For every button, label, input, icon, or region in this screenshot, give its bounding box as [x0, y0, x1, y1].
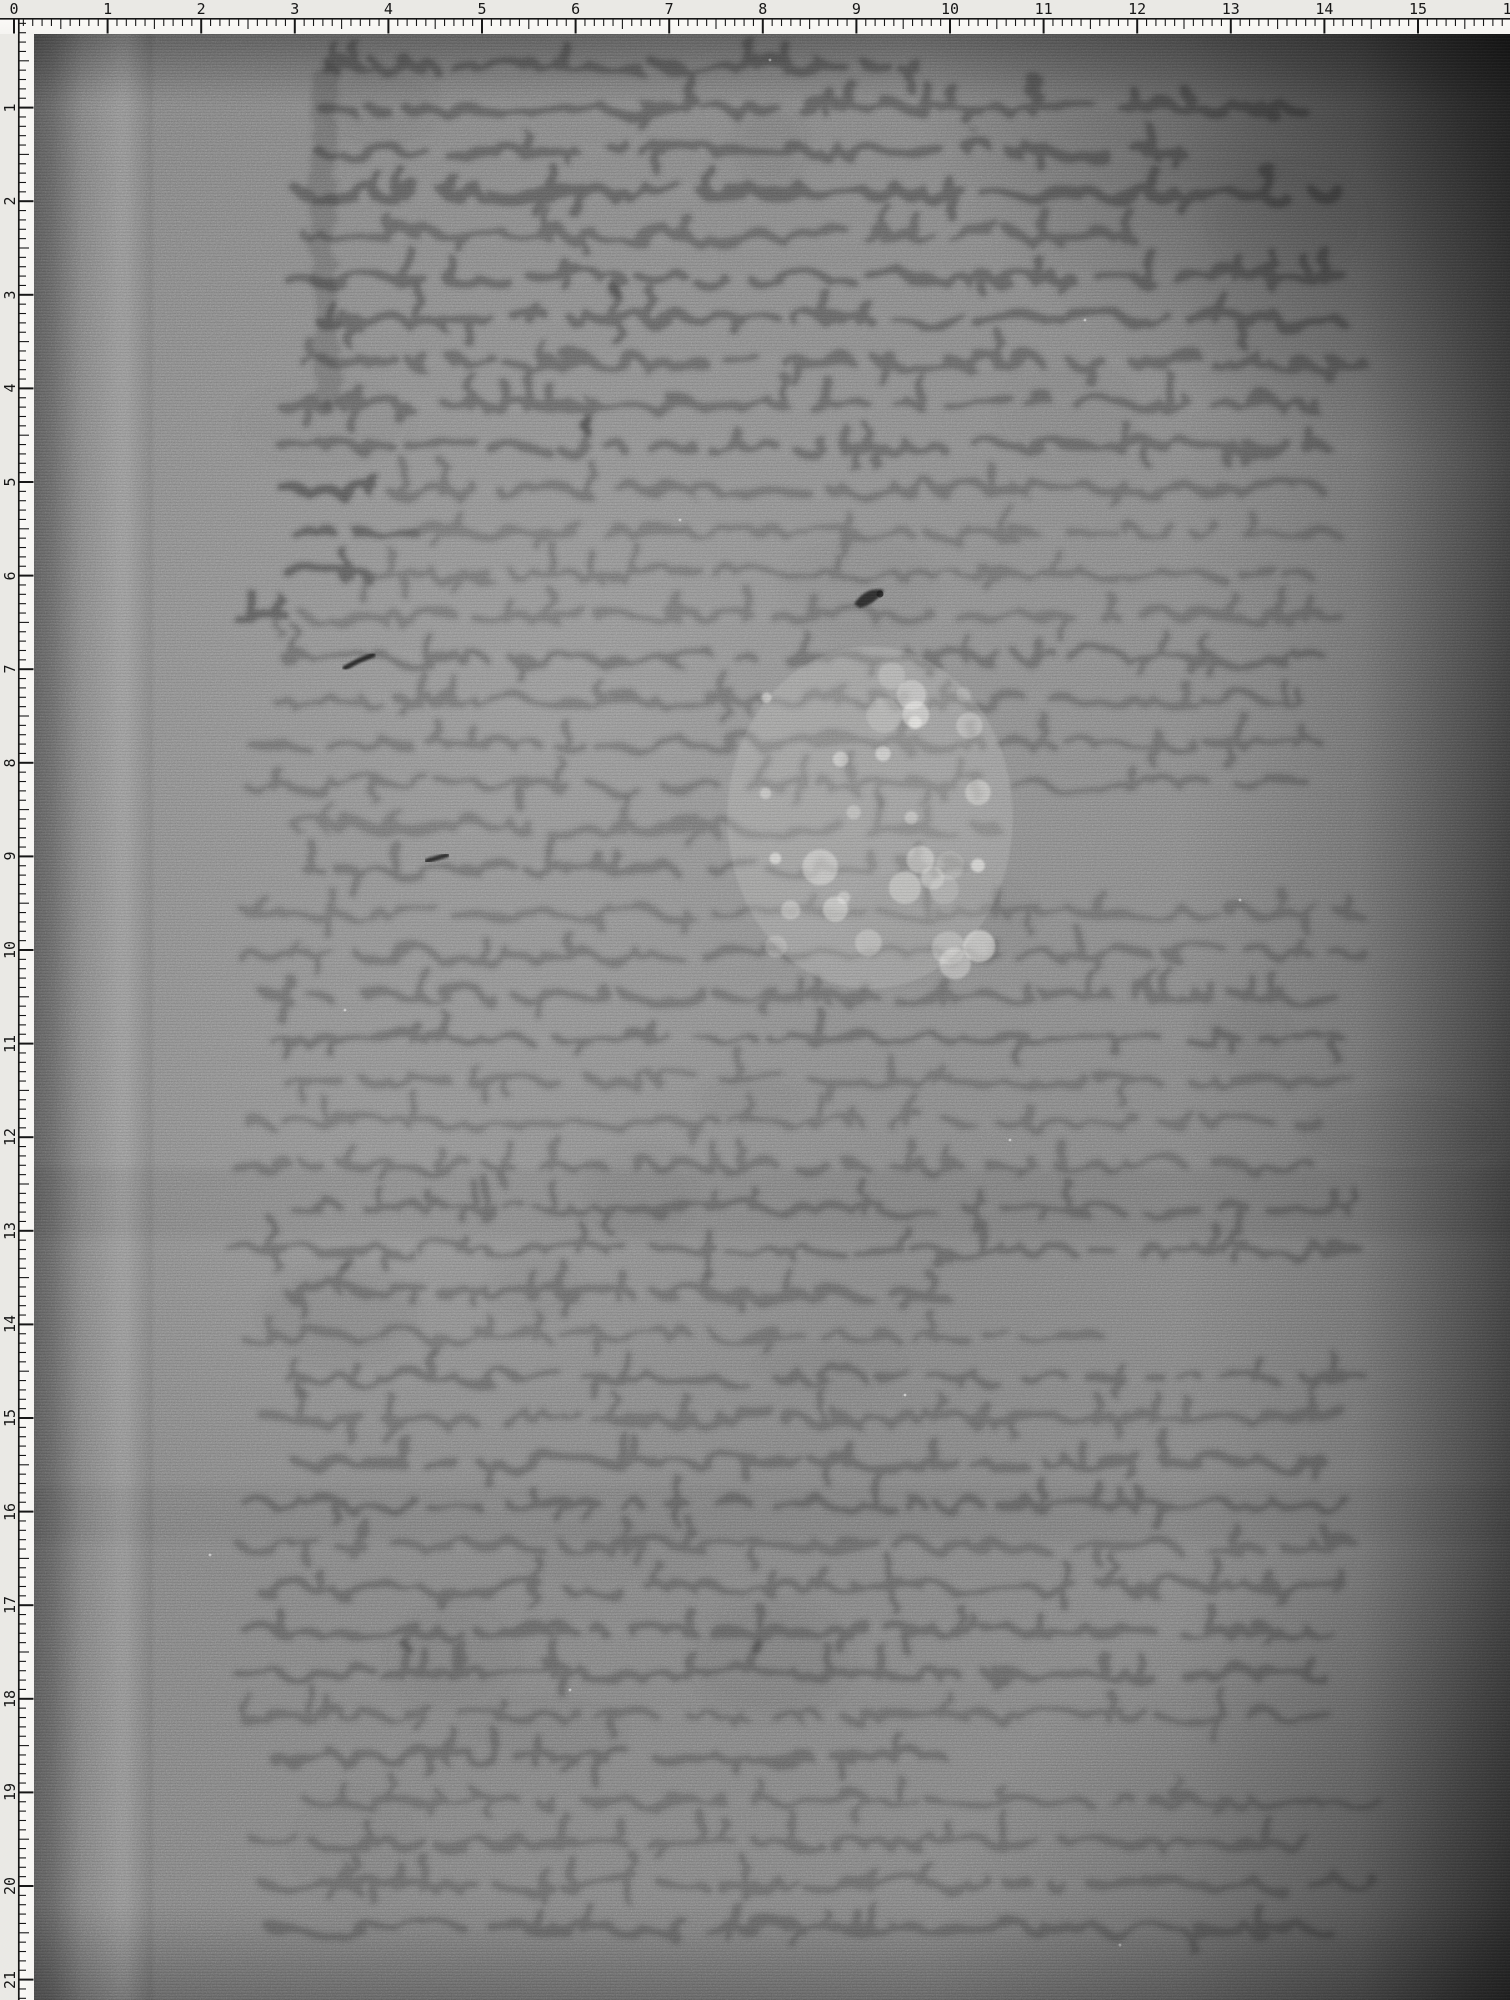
- left-ruler-label: 14: [2, 1310, 18, 1338]
- left-ruler-label: 9: [2, 842, 18, 870]
- top-ruler-label: 8: [749, 1, 777, 17]
- left-ruler: 123456789101112131415161718192021: [0, 0, 34, 2000]
- top-ruler-label: 13: [1217, 1, 1245, 17]
- left-ruler-label: 18: [2, 1685, 18, 1713]
- top-ruler-label: 2: [187, 1, 215, 17]
- left-ruler-label: 12: [2, 1123, 18, 1151]
- top-ruler-label: 6: [562, 1, 590, 17]
- top-ruler-label: 0: [0, 1, 28, 17]
- left-ruler-label: 17: [2, 1591, 18, 1619]
- left-ruler-label: 4: [2, 374, 18, 402]
- top-ruler-label: 15: [1404, 1, 1432, 17]
- left-ruler-label: 5: [2, 468, 18, 496]
- top-ruler-label: 12: [1123, 1, 1151, 17]
- top-ruler-label: 9: [842, 1, 870, 17]
- top-ruler-label: 14: [1310, 1, 1338, 17]
- left-ruler-label: 13: [2, 1217, 18, 1245]
- left-ruler-label: 10: [2, 936, 18, 964]
- left-ruler-label: 16: [2, 1498, 18, 1526]
- left-ruler-label: 8: [2, 749, 18, 777]
- left-ruler-label: 20: [2, 1872, 18, 1900]
- top-ruler-label: 5: [468, 1, 496, 17]
- top-ruler-label: 1: [94, 1, 122, 17]
- top-ruler-label: 4: [374, 1, 402, 17]
- faded-handwriting-layer: [34, 34, 1510, 2000]
- top-ruler: 012345678910111213141516: [0, 0, 1510, 34]
- scanned-manuscript-page: 123456789101112131415161718192021 012345…: [0, 0, 1510, 2000]
- top-ruler-label: 7: [655, 1, 683, 17]
- left-ruler-label: 11: [2, 1030, 18, 1058]
- left-ruler-label: 21: [2, 1966, 18, 1994]
- top-ruler-label: 16: [1498, 1, 1510, 17]
- left-ruler-label: 1: [2, 94, 18, 122]
- top-ruler-label: 11: [1030, 1, 1058, 17]
- left-ruler-label: 3: [2, 281, 18, 309]
- left-ruler-label: 2: [2, 187, 18, 215]
- top-ruler-label: 10: [936, 1, 964, 17]
- left-ruler-label: 15: [2, 1404, 18, 1432]
- manuscript-photo: [34, 34, 1510, 2000]
- left-ruler-label: 7: [2, 655, 18, 683]
- damage-bright-patch: [727, 646, 1012, 988]
- top-ruler-label: 3: [281, 1, 309, 17]
- left-ruler-label: 6: [2, 562, 18, 590]
- left-ruler-label: 19: [2, 1778, 18, 1806]
